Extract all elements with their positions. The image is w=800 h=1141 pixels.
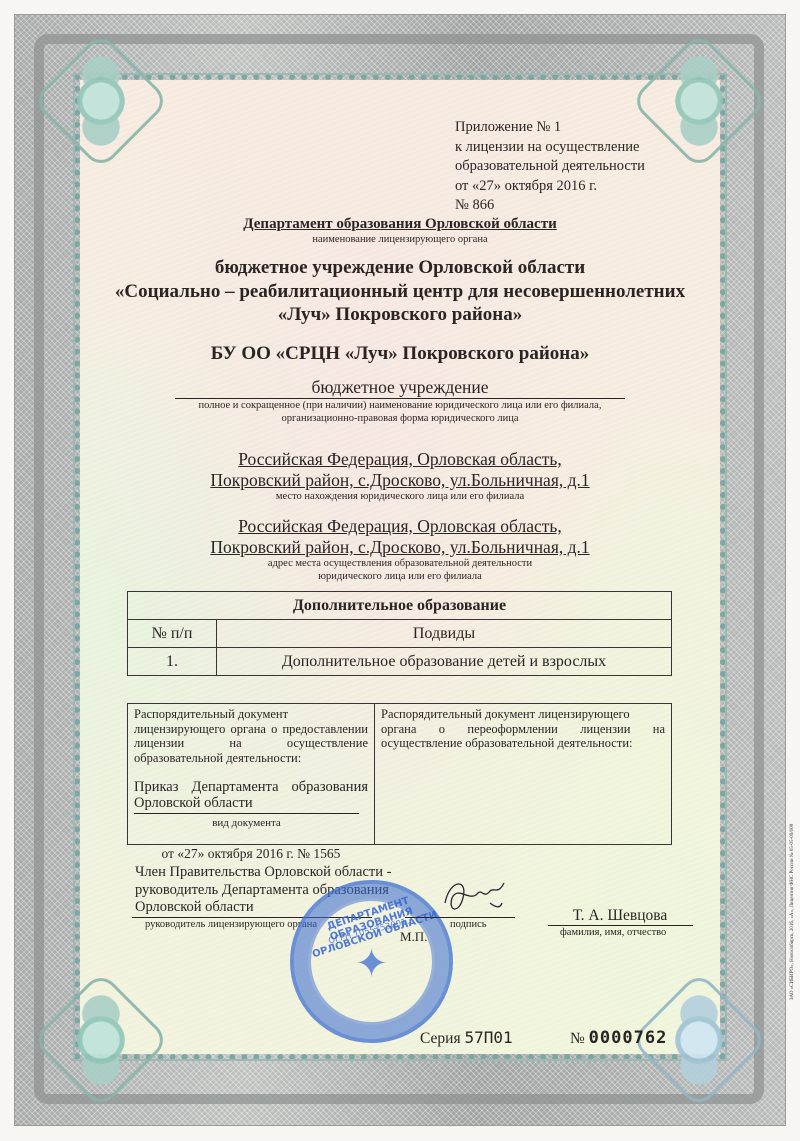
caption-line: организационно-правовая форма юридическо… (80, 412, 720, 425)
appendix-number: № 866 (455, 196, 645, 216)
handwritten-signature-icon (440, 873, 510, 918)
legal-address-caption: место нахождения юридического лица или е… (80, 490, 720, 503)
form-number: № 0000762 (570, 1028, 667, 1048)
licensing-body-name: Департамент образования Орловской област… (243, 216, 556, 232)
position-line: Член Правительства Орловской области - (135, 864, 391, 882)
activity-address: Российская Федерация, Орловская область,… (80, 516, 720, 558)
reissue-heading-rest: органа о переоформлении лицензии на осущ… (381, 722, 665, 751)
number-value: 0000762 (589, 1028, 668, 1048)
address-line: Покровский район, с.Дросково, ул.Больнич… (80, 537, 720, 558)
number-label: № (570, 1030, 585, 1047)
name-caption: фамилия, имя, отчество (560, 927, 666, 938)
address-line: Российская Федерация, Орловская область, (80, 516, 720, 537)
org-name-line: «Социально – реабилитационный центр для … (80, 280, 720, 304)
order-line: Приказ Департамента образования (134, 779, 368, 795)
column-header-subtypes: Подвиды (217, 620, 672, 648)
series-value: 57П01 (464, 1028, 512, 1047)
series-label: Серия (420, 1030, 461, 1047)
row-subtype: Дополнительное образование детей и взрос… (217, 648, 672, 676)
official-seal: ДЕПАРТАМЕНТ ОБРАЗОВАНИЯ ОРЛОВСКОЙ ОБЛАСТ… (290, 880, 453, 1043)
administrative-documents: Распорядительный документ лицензирующего… (127, 703, 672, 845)
appendix-line: образовательной деятельности (455, 157, 645, 177)
organization-caption: полное и сокращенное (при наличии) наиме… (80, 399, 720, 425)
licensing-body-caption: наименование лицензирующего органа (80, 233, 720, 246)
name-line (548, 925, 693, 926)
address-line: Российская Федерация, Орловская область, (80, 449, 720, 470)
reissue-document-cell: Распорядительный документ лицензирующего… (375, 704, 671, 844)
signature-line (405, 917, 515, 918)
appendix-line: от «27» октября 2016 г. (455, 177, 645, 197)
organization-full-name: бюджетное учреждение Орловской области «… (80, 256, 720, 327)
education-table: Дополнительное образование № п/п Подвиды… (127, 591, 672, 676)
appendix-header: Приложение № 1 к лицензии на осуществлен… (455, 118, 645, 216)
legal-address: Российская Федерация, Орловская область,… (80, 449, 720, 491)
signature-caption: подпись (450, 919, 487, 930)
order-title: Приказ Департамента образования Орловско… (134, 779, 368, 811)
organization-legal-form: бюджетное учреждение (80, 377, 720, 398)
education-table-title: Дополнительное образование (128, 592, 672, 620)
column-header-number: № п/п (128, 620, 217, 648)
grant-heading-line1: Распорядительный документ (134, 707, 368, 722)
coat-of-arms-icon: ✦ (355, 944, 389, 984)
activity-address-caption: адрес места осуществления образовательно… (80, 557, 720, 583)
row-number: 1. (128, 648, 217, 676)
org-name-line: «Луч» Покровского района» (80, 303, 720, 327)
caption-line: адрес места осуществления образовательно… (80, 557, 720, 570)
reissue-heading-line1: Распорядительный документ лицензирующего (381, 707, 665, 722)
caption-line: юридического лица или его филиала (80, 570, 720, 583)
grant-heading-rest: лицензирующего органа о предоставлении л… (134, 722, 368, 766)
order-line: Орловской области (134, 795, 368, 811)
organization-short-name: БУ ОО «СРЦН «Луч» Покровского района» (80, 343, 720, 365)
appendix-line: к лицензии на осуществление (455, 138, 645, 158)
grant-document-cell: Распорядительный документ лицензирующего… (128, 704, 375, 844)
order-date: от «27» октября 2016 г. № 1565 (134, 847, 368, 862)
address-line: Покровский район, с.Дросково, ул.Больнич… (80, 470, 720, 491)
table-row: 1. Дополнительное образование детей и вз… (128, 648, 672, 676)
org-name-line: бюджетное учреждение Орловской области (80, 256, 720, 280)
seal-label: М.П. (400, 929, 427, 945)
form-series: Серия 57П01 (420, 1028, 513, 1048)
doc-kind-caption: вид документа (134, 813, 359, 831)
licensing-body: Департамент образования Орловской област… (80, 216, 720, 246)
printer-note: ЗАО «СИБИРО», Новосибирск, 2016, «А», Ли… (790, 824, 795, 1000)
position-caption: руководитель лицензирующего органа (145, 919, 317, 930)
caption-line: полное и сокращенное (при наличии) наиме… (80, 399, 720, 412)
signatory-name: Т. А. Шевцова (545, 907, 695, 925)
appendix-line: Приложение № 1 (455, 118, 645, 138)
